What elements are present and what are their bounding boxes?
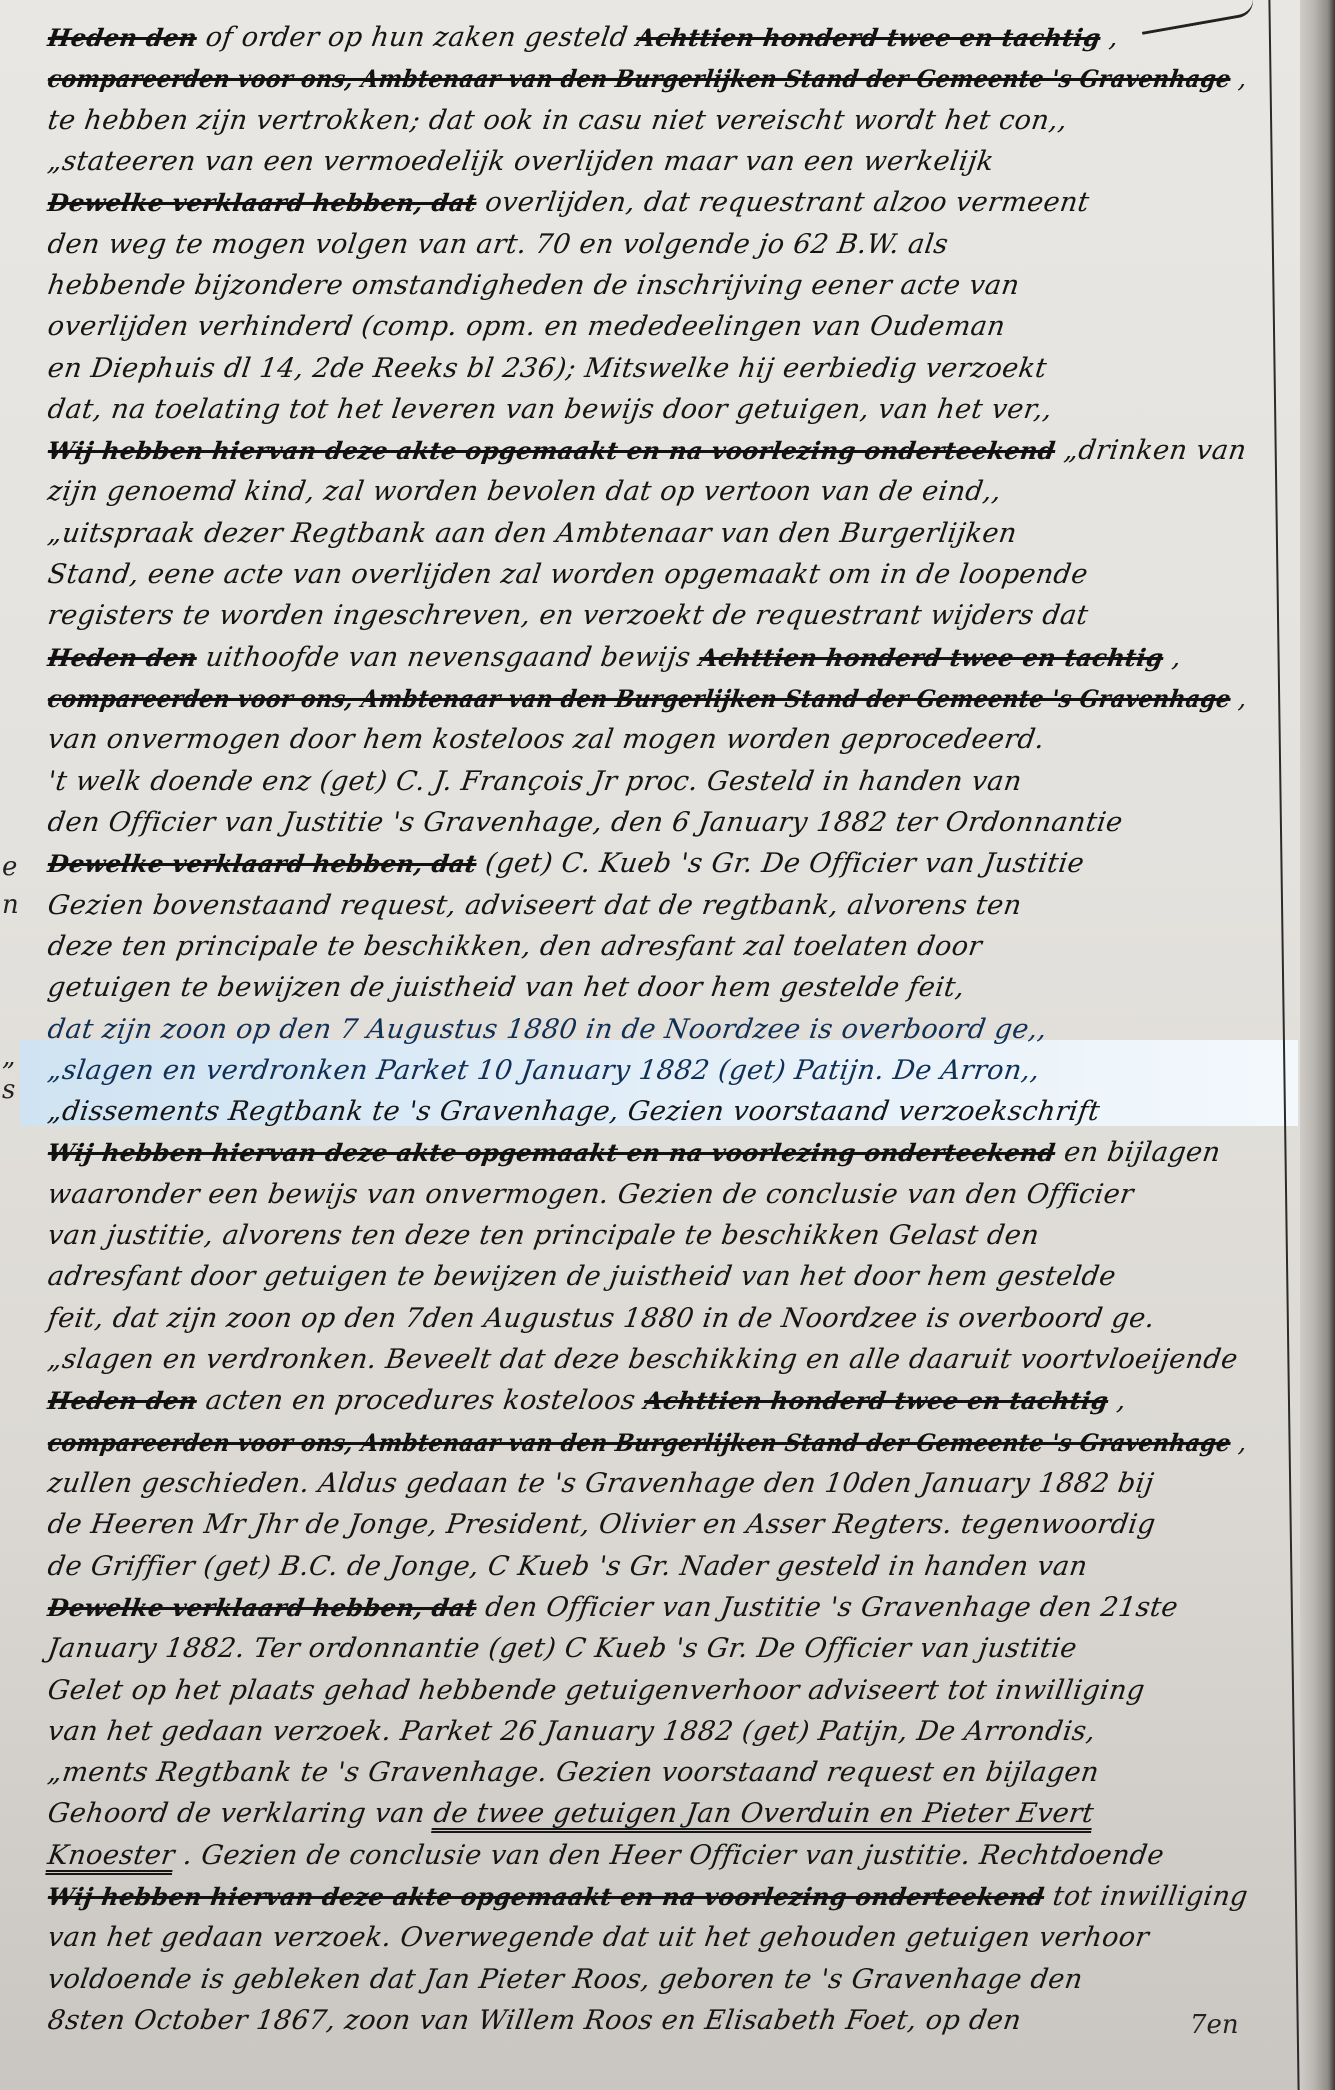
text-line: Gehoord de verklaring van de twee getuig… [46,1798,1096,1829]
text-line: Heden den of order op hun zaken gesteld … [46,22,1121,53]
text-line: registers te worden ingeschreven, en ver… [46,600,1090,631]
highlighted-line: „slagen en verdronken Parket 10 January … [46,1055,1042,1086]
handwritten-text: den Officier van Justitie 's Gravenhage … [483,1592,1180,1623]
text-line: Stand, eene acte van overlijden zal word… [46,559,1090,590]
text-line: compareerden voor ons, Ambtenaar van den… [46,63,1250,94]
margin-mark: s [2,1075,15,1105]
text-line: „slagen en verdronken. Beveelt dat deze … [46,1344,1240,1375]
text-line: 't welk doende enz (get) C. J. François … [46,766,1024,797]
text-line: voldoende is gebleken dat Jan Pieter Roo… [46,1964,1085,1995]
handwritten-text: acten en procedures kosteloos [204,1385,638,1416]
handwritten-text: „stateeren van een vermoedelijk overlijd… [46,146,996,177]
underlined-name: Knoester [46,1840,177,1871]
text-line: compareerden voor ons, Ambtenaar van den… [46,1427,1250,1458]
handwritten-text: 't welk doende enz (get) C. J. François … [46,766,1024,797]
handwritten-text: getuigen te bewijzen de juistheid van he… [46,972,967,1003]
text-line: waaronder een bewijs van onvermogen. Gez… [46,1179,1136,1210]
handwritten-text: van justitie, alvorens ten deze ten prin… [46,1220,1042,1251]
handwritten-text: Gehoord de verklaring van [46,1798,427,1829]
handwritten-text: „ments Regtbank te 's Gravenhage. Gezien… [46,1757,1101,1788]
text-line: van het gedaan verzoek. Parket 26 Januar… [46,1716,1098,1747]
text-line: Gezien bovenstaand request, adviseert da… [46,890,1024,921]
handwritten-text: „uitspraak dezer Regtbank aan den Ambten… [46,518,1019,549]
handwritten-text: of order op hun zaken gesteld [204,22,630,53]
handwritten-text: deze ten principale te beschikken, den a… [46,931,984,962]
text-line: Knoester . Gezien de conclusie van den H… [46,1840,1166,1871]
handwritten-text: „dissements Regtbank te 's Gravenhage, G… [46,1096,1102,1127]
text-line: Gelet op het plaats gehad hebbende getui… [46,1675,1147,1706]
struck-printed-text: Dewelke verklaard hebben, dat [46,188,479,217]
struck-printed-text: Achttien honderd twee en tachtig [635,23,1103,52]
handwritten-text: . Gezien de conclusie van den Heer Offic… [181,1840,1166,1871]
margin-mark: n [2,890,19,920]
handwritten-text: 8sten October 1867, zoon van Willem Roos… [46,2005,1023,2036]
pen-stroke-decoration [1139,0,1255,35]
handwritten-text: hebbende bijzondere omstandigheden de in… [46,270,1022,301]
handwritten-text: van het gedaan verzoek. Parket 26 Januar… [46,1716,1098,1747]
handwritten-text: overlijden verhinderd (comp. opm. en med… [46,311,1007,342]
struck-printed-text: Achttien honderd twee en tachtig [697,643,1165,672]
struck-printed-text: Heden den [46,1386,199,1415]
margin-mark: „ [2,1042,15,1072]
struck-printed-text: compareerden voor ons, Ambtenaar van den… [46,684,1233,713]
text-line: Dewelke verklaard hebben, dat (get) C. K… [46,848,1086,879]
handwritten-text: „slagen en verdronken. Beveelt dat deze … [46,1344,1240,1375]
handwritten-text: den Officier van Justitie 's Gravenhage,… [46,807,1125,838]
text-line: Wij hebben hiervan deze akte opgemaakt e… [46,435,1249,466]
handwritten-text: (get) C. Kueb 's Gr. De Officier van Jus… [483,848,1086,879]
struck-printed-text: Achttien honderd twee en tachtig [642,1386,1110,1415]
struck-printed-text: Heden den [46,23,199,52]
text-line: Heden den uithoofde van nevensgaand bewi… [46,642,1184,673]
handwritten-text: „slagen en verdronken Parket 10 January … [46,1055,1042,1086]
underlined-name: de twee getuigen Jan Overduin en Pieter … [432,1798,1096,1829]
handwritten-text: de Griffier (get) B.C. de Jonge, C Kueb … [46,1551,1090,1582]
text-line: „stateeren van een vermoedelijk overlijd… [46,146,996,177]
text-line: 8sten October 1867, zoon van Willem Roos… [46,2005,1023,2036]
text-line: de Griffier (get) B.C. de Jonge, C Kueb … [46,1551,1090,1582]
text-line: Dewelke verklaard hebben, dat overlijden… [46,187,1091,218]
handwritten-text: uithoofde van nevensgaand bewijs [204,642,693,673]
text-line: de Heeren Mr Jhr de Jonge, President, Ol… [46,1509,1158,1540]
text-line: overlijden verhinderd (comp. opm. en med… [46,311,1007,342]
text-line: „ments Regtbank te 's Gravenhage. Gezien… [46,1757,1101,1788]
text-line: te hebben zijn vertrokken; dat ook in ca… [46,105,1070,136]
handwritten-text: de Heeren Mr Jhr de Jonge, President, Ol… [46,1509,1158,1540]
handwritten-text: Stand, eene acte van overlijden zal word… [46,559,1090,590]
text-line: dat, na toelating tot het leveren van be… [46,394,1054,425]
handwritten-text: zullen geschieden. Aldus gedaan te 's Gr… [46,1468,1156,1499]
handwritten-text: en bijlagen [1062,1137,1222,1168]
handwritten-text: dat zijn zoon op den 7 Augustus 1880 in … [46,1014,1049,1045]
handwritten-text: te hebben zijn vertrokken; dat ook in ca… [46,105,1070,136]
text-line: getuigen te bewijzen de juistheid van he… [46,972,967,1003]
text-line: „uitspraak dezer Regtbank aan den Ambten… [46,518,1019,549]
text-line: van onvermogen door hem kosteloos zal mo… [46,724,1047,755]
handwritten-text: „drinken van [1062,435,1248,466]
handwritten-text: tot inwilliging [1051,1881,1250,1912]
text-line: Wij hebben hiervan deze akte opgemaakt e… [46,1881,1250,1912]
text-line: feit, dat zijn zoon op den 7den Augustus… [46,1303,1157,1334]
handwritten-text: en Diephuis dl 14, 2de Reeks bl 236); Mi… [46,353,1049,384]
struck-printed-text: Wij hebben hiervan deze akte opgemaakt e… [46,436,1057,465]
text-line: en Diephuis dl 14, 2de Reeks bl 236); Mi… [46,353,1049,384]
text-line: January 1882. Ter ordonnantie (get) C Ku… [46,1633,1079,1664]
handwritten-text: registers te worden ingeschreven, en ver… [46,600,1090,631]
struck-printed-text: compareerden voor ons, Ambtenaar van den… [46,1428,1233,1457]
text-line: van justitie, alvorens ten deze ten prin… [46,1220,1042,1251]
struck-printed-text: Wij hebben hiervan deze akte opgemaakt e… [46,1882,1046,1911]
text-line: van het gedaan verzoek. Overwegende dat … [46,1922,1151,1953]
text-line: compareerden voor ons, Ambtenaar van den… [46,683,1250,714]
text-line: deze ten principale te beschikken, den a… [46,931,984,962]
text-line: Wij hebben hiervan deze akte opgemaakt e… [46,1137,1223,1168]
document-page: Heden den of order op hun zaken gesteld … [0,0,1300,2090]
text-line: „dissements Regtbank te 's Gravenhage, G… [46,1096,1102,1127]
margin-mark: e [2,852,17,882]
struck-printed-text: compareerden voor ons, Ambtenaar van den… [46,64,1233,93]
text-line: zijn genoemd kind, zal worden bevolen da… [46,476,1004,507]
struck-printed-text: Dewelke verklaard hebben, dat [46,1593,479,1622]
book-binding [1300,0,1335,2090]
struck-printed-text: Dewelke verklaard hebben, dat [46,849,479,878]
handwritten-text: waaronder een bewijs van onvermogen. Gez… [46,1179,1136,1210]
struck-printed-text: Heden den [46,643,199,672]
handwritten-text: dat, na toelating tot het leveren van be… [46,394,1054,425]
handwritten-text: voldoende is gebleken dat Jan Pieter Roo… [46,1964,1085,1995]
handwritten-text: overlijden, dat requestrant alzoo vermee… [483,187,1091,218]
text-line: zullen geschieden. Aldus gedaan te 's Gr… [46,1468,1156,1499]
handwritten-text: Gelet op het plaats gehad hebbende getui… [46,1675,1147,1706]
handwritten-text: van onvermogen door hem kosteloos zal mo… [46,724,1047,755]
text-line: den weg te mogen volgen van art. 70 en v… [46,229,950,260]
handwritten-text: zijn genoemd kind, zal worden bevolen da… [46,476,1004,507]
handwritten-text: feit, dat zijn zoon op den 7den Augustus… [46,1303,1157,1334]
handwritten-text: January 1882. Ter ordonnantie (get) C Ku… [46,1633,1079,1664]
catchword: 7en [1190,2010,1239,2040]
handwritten-text: van het gedaan verzoek. Overwegende dat … [46,1922,1151,1953]
text-line: adresfant door getuigen te bewijzen de j… [46,1261,1118,1292]
handwritten-text: den weg te mogen volgen van art. 70 en v… [46,229,950,260]
text-line: den Officier van Justitie 's Gravenhage,… [46,807,1125,838]
text-line: Dewelke verklaard hebben, dat den Offici… [46,1592,1180,1623]
text-line: Heden den acten en procedures kosteloos … [46,1385,1129,1416]
struck-printed-text: Wij hebben hiervan deze akte opgemaakt e… [46,1138,1057,1167]
highlighted-line: dat zijn zoon op den 7 Augustus 1880 in … [46,1014,1049,1045]
handwritten-text: Gezien bovenstaand request, adviseert da… [46,890,1024,921]
handwritten-text: adresfant door getuigen te bewijzen de j… [46,1261,1118,1292]
text-line: hebbende bijzondere omstandigheden de in… [46,270,1022,301]
